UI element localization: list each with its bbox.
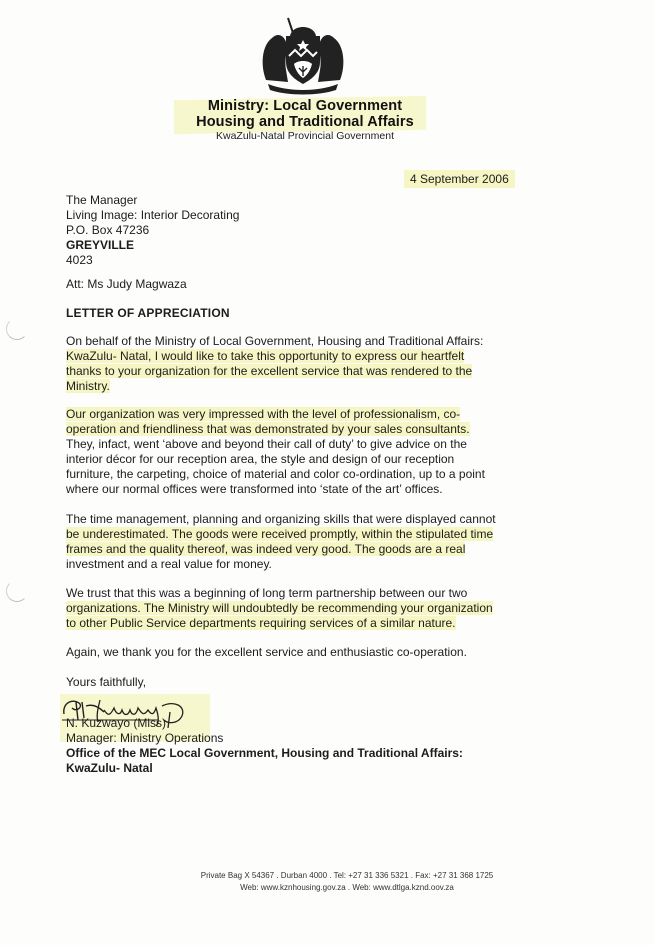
letter-subject: LETTER OF APPRECIATION (66, 306, 230, 320)
text-line: be underestimated. The goods were receiv… (66, 527, 596, 542)
highlighted-text: to other Public Service departments requ… (66, 616, 456, 630)
highlighted-text: KwaZulu- Natal, I would like to take thi… (66, 349, 464, 363)
text-line: We trust that this was a beginning of lo… (66, 586, 596, 601)
body-paragraph: Again, we thank you for the excellent se… (66, 645, 596, 660)
recipient-line: P.O. Box 47236 (66, 223, 239, 238)
signer-name: N. Kuzwayo (Miss) (66, 716, 463, 731)
punch-hole-mark (6, 318, 28, 340)
recipient-city: GREYVILLE (66, 238, 239, 253)
text-line: frames and the quality thereof, was inde… (66, 542, 596, 557)
letter-date: 4 September 2006 (404, 170, 515, 188)
recipient-address: The Manager Living Image: Interior Decor… (66, 193, 239, 268)
body-paragraph: Our organization was very impressed with… (66, 407, 596, 497)
body-paragraph: On behalf of the Ministry of Local Gover… (66, 334, 596, 394)
text-line: operation and friendliness that was demo… (66, 422, 596, 437)
signer-title: Manager: Ministry Operations (66, 731, 463, 746)
highlighted-text: Our organization was very impressed with… (66, 407, 460, 421)
letter-footer: Private Bag X 54367 . Durban 4000 . Tel:… (0, 870, 654, 894)
text-line: KwaZulu- Natal, I would like to take thi… (66, 349, 596, 364)
text-line: Again, we thank you for the excellent se… (66, 645, 596, 660)
signer-region: KwaZulu- Natal (66, 761, 463, 776)
signer-office: Office of the MEC Local Government, Hous… (66, 746, 463, 761)
signer-block: N. Kuzwayo (Miss) Manager: Ministry Oper… (66, 716, 463, 776)
highlighted-text: organizations. The Ministry will undoubt… (66, 601, 493, 615)
text-line: where our normal offices were transforme… (66, 482, 596, 497)
recipient-postal-code: 4023 (66, 253, 239, 268)
text-line: interior décor for our reception area, t… (66, 452, 596, 467)
attention-line: Att: Ms Judy Magwaza (66, 277, 187, 291)
text-line: furniture, the carpeting, choice of mate… (66, 467, 596, 482)
text-line: organizations. The Ministry will undoubt… (66, 601, 596, 616)
provincial-government: KwaZulu-Natal Provincial Government (180, 130, 430, 143)
text-line: On behalf of the Ministry of Local Gover… (66, 334, 596, 349)
highlighted-text: Ministry. (66, 379, 110, 393)
recipient-line: Living Image: Interior Decorating (66, 208, 239, 223)
ministry-portfolio: Housing and Traditional Affairs (180, 114, 430, 130)
body-paragraph: We trust that this was a beginning of lo… (66, 586, 596, 631)
footer-web: Web: www.kznhousing.gov.za . Web: www.dt… (0, 882, 654, 894)
letter-page: Ministry: Local Government Housing and T… (0, 0, 654, 945)
coat-of-arms-icon (258, 10, 348, 98)
text-line: The time management, planning and organi… (66, 512, 596, 527)
highlighted-text: thanks to your organization for the exce… (66, 364, 472, 378)
text-line: Our organization was very impressed with… (66, 407, 596, 422)
highlighted-text: frames and the quality thereof, was inde… (66, 542, 465, 556)
text-line: to other Public Service departments requ… (66, 616, 596, 631)
footer-contact: Private Bag X 54367 . Durban 4000 . Tel:… (0, 870, 654, 882)
text-line: investment and a real value for money. (66, 557, 596, 572)
highlighted-text: operation and friendliness that was demo… (66, 422, 470, 436)
punch-hole-mark (6, 580, 28, 602)
highlighted-text: be underestimated. The goods were receiv… (66, 527, 493, 541)
closing-salutation: Yours faithfully, (66, 675, 146, 689)
body-paragraph: The time management, planning and organi… (66, 512, 596, 572)
text-line: They, infact, went ‘above and beyond the… (66, 437, 596, 452)
recipient-line: The Manager (66, 193, 239, 208)
text-line: thanks to your organization for the exce… (66, 364, 596, 379)
ministry-name: Ministry: Local Government (180, 98, 430, 114)
text-line: Ministry. (66, 379, 596, 394)
letterhead: Ministry: Local Government Housing and T… (180, 98, 430, 143)
